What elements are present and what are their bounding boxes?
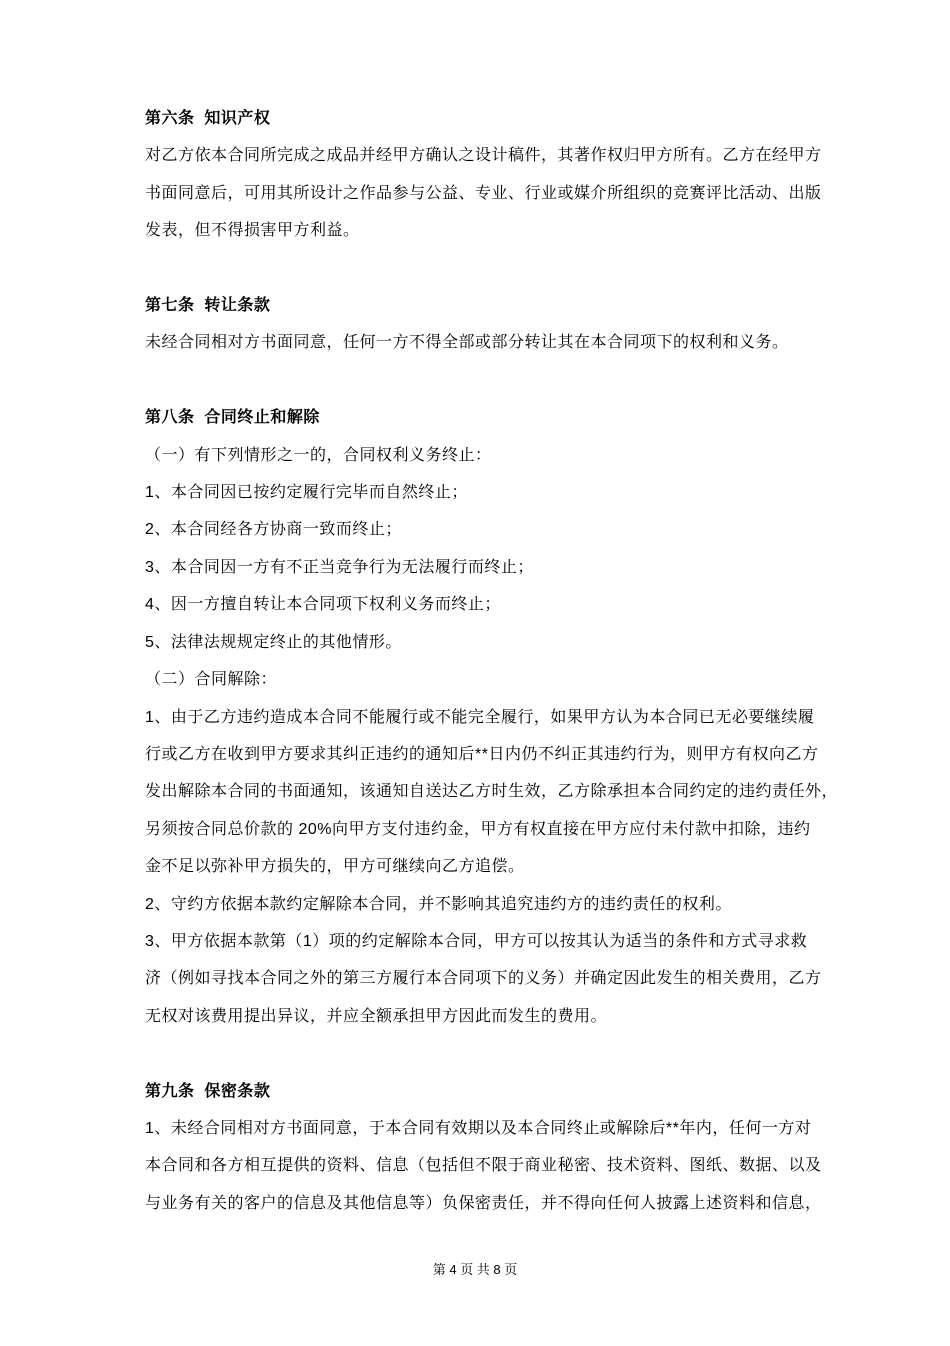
paragraph-line: 1、本合同因已按约定履行完毕而自然终止； (145, 474, 810, 511)
paragraph-line: （一）有下列情形之一的，合同权利义务终止： (145, 437, 810, 474)
article-heading: 第八条 合同终止和解除 (145, 399, 810, 436)
article-heading: 第九条 保密条款 (145, 1073, 810, 1110)
paragraph-line: 2、本合同经各方协商一致而终止； (145, 511, 810, 548)
paragraph-line: 无权对该费用提出异议，并应全额承担甲方因此而发生的费用。 (145, 998, 810, 1035)
paragraph-line: 1、由于乙方违约造成本合同不能履行或不能完全履行，如果甲方认为本合同已无必要继续… (145, 699, 810, 736)
document-body: 第六条 知识产权对乙方依本合同所完成之成品并经甲方确认之设计稿件，其著作权归甲方… (145, 100, 810, 1222)
paragraph-line: 行或乙方在收到甲方要求其纠正违约的通知后**日内仍不纠正其违约行为，则甲方有权向… (145, 736, 810, 773)
paragraph-line: 未经合同相对方书面同意，任何一方不得全部或部分转让其在本合同项下的权利和义务。 (145, 324, 810, 361)
paragraph-line: 1、未经合同相对方书面同意，于本合同有效期以及本合同终止或解除后**年内，任何一… (145, 1110, 810, 1147)
paragraph-line: 3、本合同因一方有不正当竞争行为无法履行而终止； (145, 549, 810, 586)
article-heading: 第七条 转让条款 (145, 287, 810, 324)
paragraph-line: 发出解除本合同的书面通知，该通知自送达乙方时生效，乙方除承担本合同约定的违约责任… (145, 773, 810, 810)
paragraph-line: 5、法律法规规定终止的其他情形。 (145, 624, 810, 661)
paragraph-line: 本合同和各方相互提供的资料、信息（包括但不限于商业秘密、技术资料、图纸、数据、以… (145, 1147, 810, 1184)
paragraph-line: 发表，但不得损害甲方利益。 (145, 212, 810, 249)
paragraph-line: 3、甲方依据本款第（1）项的约定解除本合同，甲方可以按其认为适当的条件和方式寻求… (145, 923, 810, 960)
paragraph-line: 书面同意后，可用其所设计之作品参与公益、专业、行业或媒介所组织的竞赛评比活动、出… (145, 175, 810, 212)
paragraph-line: 金不足以弥补甲方损失的，甲方可继续向乙方追偿。 (145, 848, 810, 885)
paragraph-line: 4、因一方擅自转让本合同项下权利义务而终止； (145, 586, 810, 623)
paragraph-line: 对乙方依本合同所完成之成品并经甲方确认之设计稿件，其著作权归甲方所有。乙方在经甲… (145, 137, 810, 174)
page-footer: 第 4 页 共 8 页 (0, 1260, 950, 1280)
page-number-text: 第 4 页 共 8 页 (433, 1262, 518, 1277)
paragraph-line: 另须按合同总价款的 20%向甲方支付违约金，甲方有权直接在甲方应付未付款中扣除，… (145, 811, 810, 848)
contract-document-page: 第六条 知识产权对乙方依本合同所完成之成品并经甲方确认之设计稿件，其著作权归甲方… (0, 0, 950, 1346)
article-heading: 第六条 知识产权 (145, 100, 810, 137)
paragraph-line: （二）合同解除： (145, 661, 810, 698)
paragraph-line: 2、守约方依据本款约定解除本合同，并不影响其追究违约方的违约责任的权利。 (145, 886, 810, 923)
paragraph-line: 与业务有关的客户的信息及其他信息等）负保密责任，并不得向任何人披露上述资料和信息… (145, 1185, 810, 1222)
paragraph-line: 济（例如寻找本合同之外的第三方履行本合同项下的义务）并确定因此发生的相关费用，乙… (145, 960, 810, 997)
